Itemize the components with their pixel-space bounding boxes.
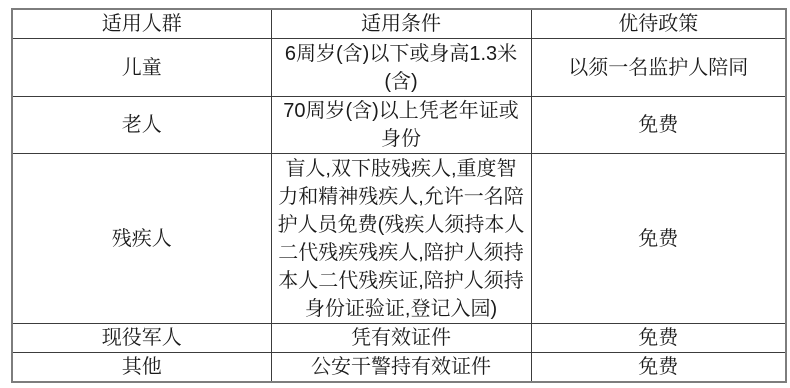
- table-row-disabled: 残疾人 盲人,双下肢残疾人,重度智力和精神残疾人,允许一名陪护人员免费(残疾人须…: [12, 154, 786, 324]
- table-row-military: 现役军人 凭有效证件 免费: [12, 324, 786, 353]
- policy-cell: 免费: [531, 97, 786, 154]
- header-applicable-condition: 适用条件: [271, 9, 531, 39]
- group-cell: 老人: [12, 97, 271, 154]
- header-applicable-group: 适用人群: [12, 9, 271, 39]
- policy-cell: 以须一名监护人陪同: [531, 39, 786, 97]
- condition-cell: 凭有效证件: [271, 324, 531, 353]
- group-cell: 其他: [12, 353, 271, 383]
- policy-cell: 免费: [531, 154, 786, 324]
- condition-cell: 盲人,双下肢残疾人,重度智力和精神残疾人,允许一名陪护人员免费(残疾人须持本人二…: [271, 154, 531, 324]
- table-row-children: 儿童 6周岁(含)以下或身高1.3米(含) 以须一名监护人陪同: [12, 39, 786, 97]
- header-preferential-policy: 优待政策: [531, 9, 786, 39]
- admission-policy-table: 适用人群 适用条件 优待政策 儿童 6周岁(含)以下或身高1.3米(含) 以须一…: [11, 8, 787, 383]
- policy-cell: 免费: [531, 324, 786, 353]
- condition-cell: 6周岁(含)以下或身高1.3米(含): [271, 39, 531, 97]
- group-cell: 残疾人: [12, 154, 271, 324]
- table-row-other: 其他 公安干警持有效证件 免费: [12, 353, 786, 383]
- policy-cell: 免费: [531, 353, 786, 383]
- table-row-elderly: 老人 70周岁(含)以上凭老年证或身份 免费: [12, 97, 786, 154]
- group-cell: 现役军人: [12, 324, 271, 353]
- document-page: 适用人群 适用条件 优待政策 儿童 6周岁(含)以下或身高1.3米(含) 以须一…: [0, 0, 790, 388]
- condition-cell: 公安干警持有效证件: [271, 353, 531, 383]
- header-row: 适用人群 适用条件 优待政策: [12, 9, 786, 39]
- group-cell: 儿童: [12, 39, 271, 97]
- condition-cell: 70周岁(含)以上凭老年证或身份: [271, 97, 531, 154]
